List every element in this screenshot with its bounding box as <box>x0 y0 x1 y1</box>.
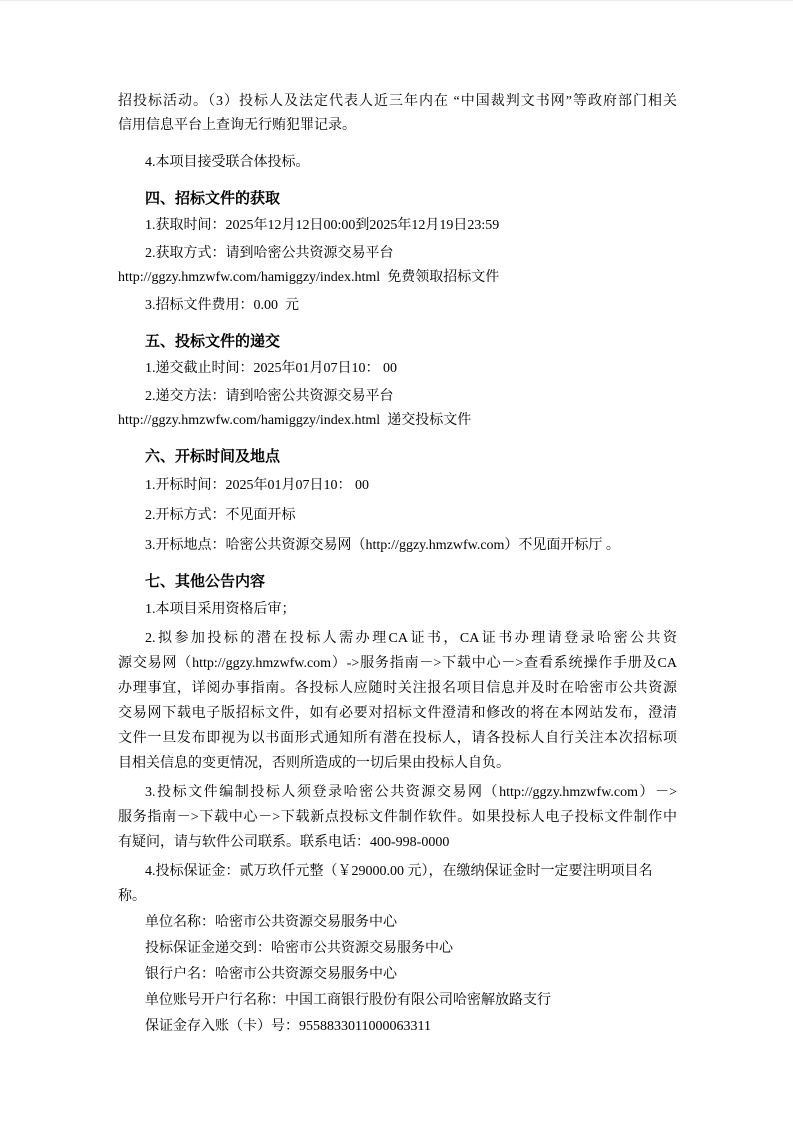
section-bid-submission: 五、投标文件的递交 1.递交截止时间：2025年01月07日10： 00 2.递… <box>118 331 677 433</box>
paragraph-line: 文件一旦发布即视为以书面形式通知所有潜在投标人，请各投标人自行关注本次招标项 <box>118 726 677 751</box>
deposit-submit-to: 投标保证金递交到：哈密市公共资源交易服务中心 <box>118 936 677 961</box>
notice-item: 3.招标文件费用：0.00 元 <box>118 294 677 318</box>
notice-item: 3.开标地点：哈密公共资源交易网（http://ggzy.hmzwfw.com）… <box>118 534 677 558</box>
section-heading: 四、招标文件的获取 <box>118 188 677 210</box>
paragraph-line: 2.拟参加投标的潜在投标人需办理CA证书，CA证书办理请登录哈密公共资 <box>118 626 677 651</box>
notice-item: 1.开标时间：2025年01月07日10： 00 <box>118 474 677 498</box>
section-document-acquisition: 四、招标文件的获取 1.获取时间：2025年12月12日00:00到2025年1… <box>118 188 677 318</box>
deposit-details: 单位名称：哈密市公共资源交易服务中心 投标保证金递交到：哈密市公共资源交易服务中… <box>118 910 677 1039</box>
section-bid-opening: 六、开标时间及地点 1.开标时间：2025年01月07日10： 00 2.开标方… <box>118 446 677 558</box>
bid-file-software-paragraph: 3.投标文件编制投标人须登录哈密公共资源交易网（http://ggzy.hmzw… <box>118 780 677 855</box>
document-page: 招投标活动。（3）投标人及法定代表人近三年内在 “中国裁判文书网”等政府部门相关… <box>0 1 793 1122</box>
notice-item: 2.开标方式：不见面开标 <box>118 504 677 528</box>
paragraph-line: 源交易网（http://ggzy.hmzwfw.com）->服务指南－>下载中心… <box>118 651 677 676</box>
deposit-bank-account-name: 银行户名：哈密市公共资源交易服务中心 <box>118 962 677 987</box>
joint-bid-note: 4.本项目接受联合体投标。 <box>118 151 677 175</box>
url-line: http://ggzy.hmzwfw.com/hamiggzy/index.ht… <box>118 409 677 433</box>
notice-item: 1.本项目采用资格后审； <box>118 597 677 622</box>
ca-certificate-paragraph: 2.拟参加投标的潜在投标人需办理CA证书，CA证书办理请登录哈密公共资 源交易网… <box>118 626 677 776</box>
notice-item: 2.获取方式：请到哈密公共资源交易平台 <box>118 242 677 266</box>
paragraph-line: 3.投标文件编制投标人须登录哈密公共资源交易网（http://ggzy.hmzw… <box>118 780 677 805</box>
notice-item: 1.递交截止时间：2025年01月07日10： 00 <box>118 357 677 381</box>
notice-item: 1.获取时间：2025年12月12日00:00到2025年12月19日23:59 <box>118 214 677 238</box>
paragraph-line: 服务指南－>下载中心－>下载新点投标文件制作软件。如果投标人电子投标文件制作中 <box>118 805 677 830</box>
section-other-notices: 七、其他公告内容 1.本项目采用资格后审； 2.拟参加投标的潜在投标人需办理CA… <box>118 571 677 1039</box>
deposit-account-card-number: 保证金存入账（卡）号：9558833011000063311 <box>118 1014 677 1039</box>
section-heading: 六、开标时间及地点 <box>118 446 677 468</box>
intro-line: 信用信息平台上查询无行贿犯罪记录。 <box>118 114 677 138</box>
bid-deposit-item: 4.投标保证金：贰万玖仟元整（￥29000.00 元），在缴纳保证金时一定要注明… <box>118 859 677 909</box>
paragraph-line: 目相关信息的变更情况，否则所造成的一切后果由投标人自负。 <box>118 751 677 776</box>
deposit-opening-bank: 单位账号开户行名称：中国工商银行股份有限公司哈密解放路支行 <box>118 988 677 1013</box>
paragraph-line: 有疑问，请与软件公司联系。联系电话：400-998-0000 <box>118 830 677 855</box>
intro-line: 招投标活动。（3）投标人及法定代表人近三年内在 “中国裁判文书网”等政府部门相关 <box>118 90 677 114</box>
paragraph-line: 交易网下载电子版招标文件，如有必要对招标文件澄清和修改的将在本网站发布，澄清 <box>118 701 677 726</box>
notice-item: 2.递交方法：请到哈密公共资源交易平台 <box>118 385 677 409</box>
url-line: http://ggzy.hmzwfw.com/hamiggzy/index.ht… <box>118 266 677 290</box>
deposit-unit-name: 单位名称：哈密市公共资源交易服务中心 <box>118 910 677 935</box>
section-heading: 五、投标文件的递交 <box>118 331 677 353</box>
paragraph-line: 办理事宜，详阅办事指南。各投标人应随时关注报名项目信息并及时在哈密市公共资源 <box>118 676 677 701</box>
section-heading: 七、其他公告内容 <box>118 571 677 593</box>
intro-paragraph: 招投标活动。（3）投标人及法定代表人近三年内在 “中国裁判文书网”等政府部门相关… <box>118 90 677 138</box>
